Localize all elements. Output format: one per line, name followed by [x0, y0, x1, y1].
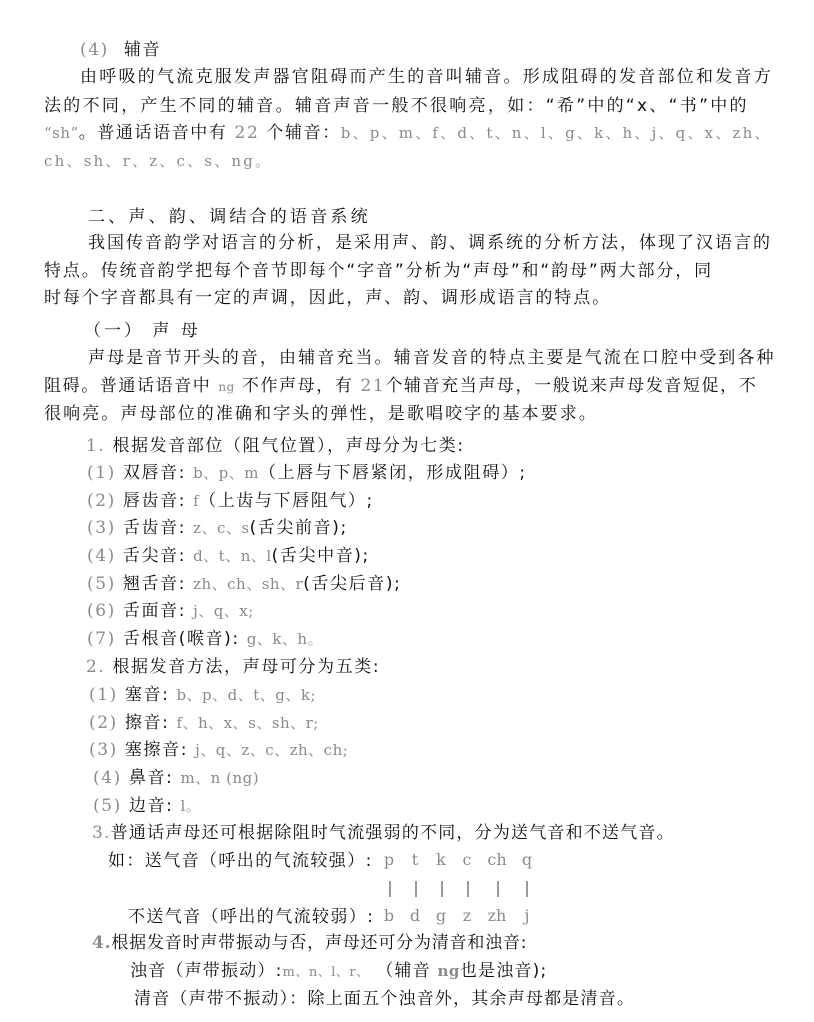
list-item: (2) 唇齿音: f（上齿与下唇阻气）;: [87, 490, 374, 512]
item-label: 翘舌音:: [123, 574, 186, 594]
list-item: (6) 舌面音: j、q、x;: [87, 600, 254, 622]
paragraph-line: “sh”。普通话语音中有 22 个辅音：b、p、m、f、d、t、n、l、g、k、…: [44, 122, 772, 144]
list-number: 2.: [86, 657, 105, 677]
item-label: 舌根音(喉音):: [123, 629, 240, 649]
paragraph-line: 阻碍。普通话语音中 ng 不作声母，有 21个辅音充当声母，一般说来声母发音短促…: [44, 375, 757, 398]
item-letters: d、t、n、l: [193, 547, 272, 565]
paragraph-line: 法的不同，产生不同的辅音。辅音声音一般不很响亮，如：“希”中的“x、“书”中的: [44, 95, 749, 117]
item-label: 塞音:: [125, 685, 170, 705]
item-number: (4): [93, 768, 122, 788]
list-heading-voicing: 4.根据发音时声带振动与否，声母还可分为清音和浊音:: [92, 932, 527, 954]
connector-line: [389, 881, 391, 897]
item-letters: g、k、h。: [247, 630, 323, 648]
item-number: (3): [87, 518, 116, 538]
paragraph-line: 我国传音韵学对语言的分析，是采用声、韵、调系统的分析方法，体现了汉语言的: [88, 232, 772, 254]
heading-text: 辅音: [124, 40, 161, 60]
aspirated-letter: ch: [483, 850, 511, 869]
voiced-label: 浊音（声带振动）:: [130, 961, 283, 981]
item-label: 边音:: [129, 796, 174, 816]
item-label: 舌面音:: [123, 601, 186, 621]
list-heading-manner: 2. 根据发音方法，声母可分为五类:: [86, 656, 380, 678]
item-note: （上齿与下唇阻气）;: [199, 491, 374, 511]
list-heading-place: 1. 根据发音部位（阻气位置），声母分为七类:: [86, 435, 465, 457]
unaspirated-letter: zh: [483, 906, 511, 925]
aspirated-label: 如：送气音（呼出的气流较强）:: [108, 850, 373, 872]
item-note: （上唇与下唇紧闭，形成阻碍）;: [259, 463, 527, 483]
aspirated-letter: c: [453, 850, 481, 869]
ng-letters: ng: [437, 962, 459, 980]
list-heading-aspiration: 3.普通话声母还可根据除阻时气流强弱的不同，分为送气音和不送气音。: [92, 822, 675, 844]
initials-count: 21: [360, 376, 385, 396]
item-note: (舌尖前音);: [250, 518, 348, 538]
list-title: 根据发音时声带振动与否，声母还可分为清音和浊音:: [111, 933, 527, 953]
voiced-line: 浊音（声带振动）:m、n、l、r、 （辅音 ng也是浊音);: [130, 960, 547, 984]
item-number: (2): [87, 491, 116, 511]
list-item: (7) 舌根音(喉音): g、k、h。: [87, 628, 323, 650]
list-item: (3) 塞擦音: j、q、z、c、zh、ch;: [89, 739, 348, 761]
text: （辅音: [376, 961, 431, 981]
voiced-letters: m、n、l、r、: [283, 965, 370, 980]
item-number: (6): [87, 601, 116, 621]
consonant-letters-cont: ch、sh、r、z、c、s、ng。: [44, 150, 272, 172]
item-label: 鼻音:: [129, 768, 174, 788]
consonant-heading: (4) 辅音: [80, 39, 161, 61]
item-label: 塞擦音:: [125, 740, 188, 760]
connector-line: [467, 881, 469, 897]
aspirated-letter: p: [375, 850, 403, 869]
item-label: 双唇音:: [123, 463, 186, 483]
unaspirated-letter: z: [453, 906, 481, 925]
item-letters: z、c、s: [193, 519, 250, 537]
item-note: (舌尖中音);: [272, 546, 370, 566]
connector-line: [526, 881, 528, 897]
list-title: 根据发音部位（阻气位置），声母分为七类:: [112, 436, 464, 456]
unaspirated-label: 不送气音（呼出的气流较弱）:: [128, 906, 374, 928]
item-letters: m、n (ng): [180, 769, 259, 787]
text: 。普通话语音中有: [79, 123, 228, 143]
heading-number: (4): [80, 40, 109, 60]
unaspirated-letter: j: [513, 906, 541, 925]
aspirated-letter: t: [401, 850, 429, 869]
list-item: (4) 舌尖音: d、t、n、l(舌尖中音);: [87, 545, 370, 567]
list-item: (1) 双唇音: b、p、m（上唇与下唇紧闭，形成阻碍）;: [87, 462, 527, 484]
item-label: 舌齿音:: [123, 518, 186, 538]
item-label: 擦音:: [125, 713, 170, 733]
text: 不作声母，有: [242, 376, 354, 396]
voiceless-line: 清音（声带不振动）：除上面五个浊音外，其余声母都是清音。: [134, 988, 635, 1010]
text: 也是浊音);: [460, 961, 548, 981]
section-heading: 二、声、韵、调结合的语音系统: [88, 206, 371, 228]
text: 个辅音：: [266, 123, 340, 143]
unaspirated-letter: d: [401, 906, 429, 925]
item-label: 舌尖音:: [123, 546, 186, 566]
list-item: (5) 翘舌音: zh、ch、sh、r(舌尖后音);: [87, 573, 401, 595]
paragraph-line: 很响亮。声母部位的准确和字头的弹性，是歌唱咬字的基本要求。: [44, 403, 598, 425]
paragraph-line: 特点。传统音韵学把每个音节即每个“字音”分析为“声母”和“韵母”两大部分，同: [44, 260, 713, 282]
list-title: 普通话声母还可根据除阻时气流强弱的不同，分为送气音和不送气音。: [111, 823, 675, 843]
item-number: (4): [87, 546, 116, 566]
list-item: (4) 鼻音: m、n (ng): [93, 767, 259, 789]
item-label: 唇齿音:: [123, 491, 186, 511]
item-letters: j、q、x;: [193, 602, 254, 620]
item-letters: b、p、d、t、g、k;: [176, 686, 316, 704]
item-number: (5): [93, 796, 122, 816]
ng-letters: ng: [218, 380, 234, 394]
connector-line: [497, 881, 499, 897]
item-number: (2): [89, 713, 118, 733]
item-number: (1): [87, 463, 116, 483]
item-letters: j、q、z、c、zh、ch;: [195, 741, 348, 759]
item-number: (5): [87, 574, 116, 594]
connector-line: [441, 881, 443, 897]
list-item: (3) 舌齿音: z、c、s(舌尖前音);: [87, 517, 348, 539]
list-item: (5) 边音: l。: [93, 795, 201, 817]
text: 阻碍。普通话语音中: [44, 376, 211, 396]
item-letters: f、h、x、s、sh、r;: [176, 714, 318, 732]
item-letters: b、p、m: [193, 464, 259, 482]
item-number: (3): [89, 740, 118, 760]
paragraph-line: 由呼吸的气流克服发声器官阻碍而产生的音叫辅音。形成阻碍的发音部位和发音方: [80, 66, 773, 88]
unaspirated-letter: b: [375, 906, 403, 925]
quoted-sh: “sh”: [44, 124, 79, 142]
list-number: 3.: [92, 823, 111, 843]
list-number: 1.: [86, 436, 105, 456]
aspirated-letter: k: [427, 850, 455, 869]
item-letters: l。: [180, 797, 201, 815]
item-letters: zh、ch、sh、r: [193, 575, 303, 593]
item-number: (1): [89, 685, 118, 705]
connector-line: [415, 881, 417, 897]
list-item: (2) 擦音: f、h、x、s、sh、r;: [89, 712, 319, 734]
item-number: (7): [87, 629, 116, 649]
consonant-count: 22: [235, 123, 260, 143]
aspirated-letter: q: [513, 850, 541, 869]
unaspirated-letter: g: [427, 906, 455, 925]
paragraph-line: 声母是音节开头的音，由辅音充当。辅音发音的特点主要是气流在口腔中受到各种: [88, 347, 776, 369]
text: 个辅音充当声母，一般说来声母发音短促，不: [385, 376, 757, 396]
list-number: 4.: [92, 933, 111, 953]
subsection-heading: （一） 声 母: [84, 320, 201, 342]
list-title: 根据发音方法，声母可分为五类:: [112, 657, 380, 677]
list-item: (1) 塞音: b、p、d、t、g、k;: [89, 684, 316, 706]
consonant-letters: b、p、m、f、d、t、n、l、g、k、h、j、q、x、zh、: [341, 124, 772, 142]
paragraph-line: 时每个字音都具有一定的声调，因此，声、韵、调形成语言的特点。: [44, 287, 611, 309]
item-note: (舌尖后音);: [303, 574, 401, 594]
